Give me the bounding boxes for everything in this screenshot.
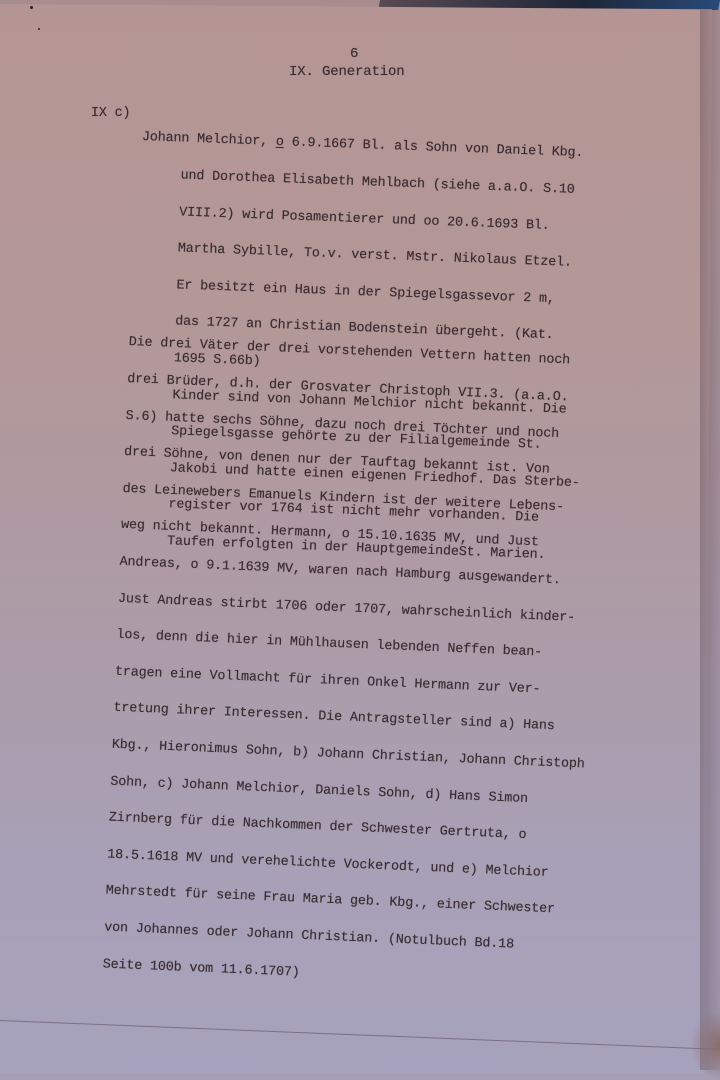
text-line: 18.5.1618 MV und verehelichte Vockerodt,… [107, 849, 580, 881]
text-line: S.6) hatte sechs Söhne, dazu noch drei T… [125, 411, 598, 443]
text-line: des Leinewebers Emanuels Kindern ist der… [122, 484, 595, 516]
text-line: Zirnberg für die Nachkommen der Schweste… [109, 813, 582, 845]
text-line: tragen eine Vollmacht für ihren Onkel He… [115, 666, 588, 698]
text-line: weg nicht bekannt. Hermann, o 15.10.1635… [121, 520, 594, 552]
text-line: Andreas, o 9.1.1639 MV, waren nach Hambu… [119, 557, 592, 589]
text-line: drei Söhne, von denen nur der Tauftag be… [124, 447, 597, 479]
text-line: Johann Melchior, o 6.9.1667 Bl. als Sohn… [142, 132, 592, 161]
text-line: los, denn die hier in Mühlhausen lebende… [116, 630, 589, 662]
corner-shadow [690, 1010, 720, 1080]
text-line: Martha Sybille, To.v. verst. Mstr. Nikol… [138, 242, 588, 271]
text-line: von Johannes oder Johann Christian. (Not… [104, 922, 577, 954]
speck [38, 28, 40, 30]
text-line: Er besitzt ein Haus in der Spiegelsgasse… [136, 279, 586, 308]
text-line: Kbg., Hieronimus Sohn, b) Johann Christi… [112, 740, 585, 772]
text-line: Just Andreas stirbt 1706 oder 1707, wahr… [118, 593, 591, 625]
entry-label: IX c) [91, 108, 130, 120]
page-edge-shadow [700, 10, 720, 1070]
text-line: Die drei Väter der drei vorstehenden Vet… [128, 337, 601, 369]
text-line: und Dorothea Elisabeth Mehlbach (siehe a… [140, 169, 590, 198]
text-line: VIII.2) wird Posamentierer und oo 20.6.1… [139, 206, 589, 235]
page-heading: IX. Generation [289, 66, 405, 78]
family-paragraph: Die drei Väter der drei vorstehenden Vet… [102, 313, 603, 1003]
page-number: 6 [350, 48, 358, 60]
speck [30, 6, 33, 9]
text-line: Seite 100b vom 11.6.1707) [102, 959, 575, 991]
text-line: tretung ihrer Interessen. Die Antragstel… [113, 703, 586, 735]
text-line: Mehrstedt für seine Frau Maria geb. Kbg.… [105, 886, 578, 918]
text-line: Sohn, c) Johann Melchior, Daniels Sohn, … [110, 776, 583, 808]
text-line: drei Brüder, d.h. der Grosvater Christop… [127, 374, 600, 406]
